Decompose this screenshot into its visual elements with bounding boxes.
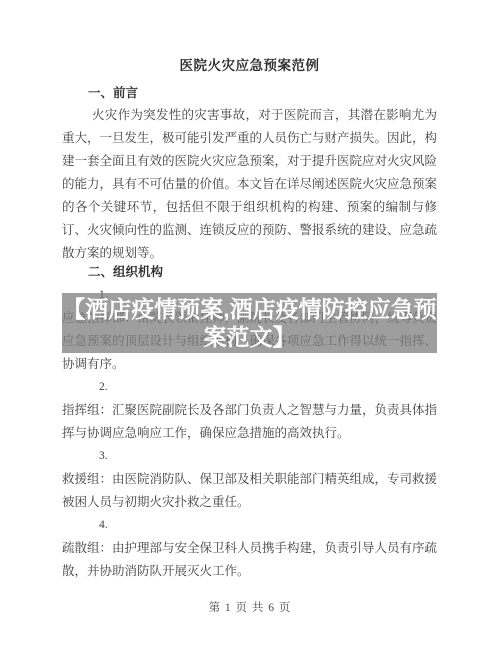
watermark-overlay-band: 【酒店疫情预案,酒店疫情防控应急预 案范文】 [62, 293, 437, 353]
section-heading-foreword: 一、前言 [88, 85, 437, 101]
list-item-number-3: 3. [99, 445, 437, 468]
list-item-number-4: 4. [99, 514, 437, 537]
page-number-footer: 第 1 页 共 6 页 [0, 600, 500, 616]
list-item-text-4: 疏散组：由护理部与安全保卫科人员携手构建，负责引导人员有序疏散，并协助消防队开展… [62, 537, 437, 583]
foreword-paragraph: 火灾作为突发性的灾害事故，对于医院而言，其潜在影响尤为重大，一旦发生，极可能引发… [62, 104, 437, 265]
section-heading-organization: 二、组织机构 [88, 261, 437, 284]
document-page: 医院火灾应急预案范例 一、前言 火灾作为突发性的灾害事故，对于医院而言，其潜在影… [0, 0, 500, 647]
list-item-text-2: 指挥组：汇聚医院副院长及各部门负责人之智慧与力量，负责具体指挥与协调应急响应工作… [62, 399, 437, 445]
document-body: 医院火灾应急预案范例 一、前言 火灾作为突发性的灾害事故，对于医院而言，其潜在影… [62, 0, 437, 583]
watermark-text-line2: 案范文】 [62, 323, 437, 351]
list-item-text-3: 救援组：由医院消防队、保卫部及相关职能部门精英组成，专司救援被困人员与初期火灾扑… [62, 468, 437, 514]
watermark-text-line1: 【酒店疫情预案,酒店疫情防控应急预 [62, 295, 437, 323]
list-item-number-2: 2. [99, 376, 437, 399]
document-title: 医院火灾应急预案范例 [62, 57, 437, 74]
